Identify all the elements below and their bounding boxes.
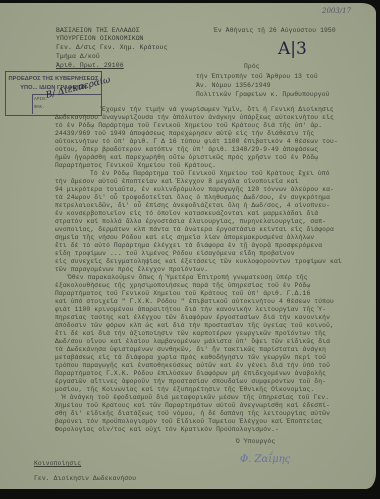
body-line: βαρύνει τόν προϋπολογισμόν τοῦ Εἰδικοῦ Τ… [55, 418, 322, 425]
body-line: πηρεσίας ταύτης καί ἐλέγχου τῶν διαφόρων… [55, 314, 330, 321]
archive-number: 2003/17 [322, 7, 351, 15]
body-line: Φορολογίας οἰν/τος καί οὐχί τόν Κρατικόν… [55, 426, 279, 433]
body-line: τά Δωδεκάνησα ὑφισταμένων συνθηκῶν, δι' … [55, 346, 326, 353]
body-line: Παραρτήματος Γενικοῦ Χημείου τοῦ Κράτους… [55, 162, 216, 169]
body-line: ούτου, ὅπερ βραδύτερον κατόπιν τῆς ὑπ' ἀ… [55, 146, 318, 153]
date-line: Ἐν Ἀθήναις τῇ 26 Αὐγούστου 1950 [214, 27, 336, 34]
header-kingdom: ΒΑΣΙΛΕΙΟΝ ΤΗΣ ΕΛΛΑΔΟΣ [56, 27, 140, 34]
recipient-line: Πολιτικῶν Γραφείων κ. Πρωθυπουργοῦ [196, 91, 330, 98]
signature-title: Ὁ Ὑπουργός [236, 438, 275, 445]
body-line: φιάτ 1100 κρινομένου ἀπαραιτήτου διά τήν… [55, 306, 326, 313]
body-line: τήν ἄμεσον αὐτοῦ ἐποπτείαν καί Ἔλεγχον 8… [55, 178, 299, 185]
copy-to-label: Κοινοποίησις [34, 460, 81, 467]
body-line: ωνοποιίας, δερμάτων κλπ πάντα τά ἀνώτερα… [55, 226, 334, 233]
body-line: σθη δι' εἰδικῆς διατάξεως τοῦ νόμου, ἡ δ… [55, 410, 330, 417]
body-line: ἐν κονσερβοποιεῖον εἰς τό ὁποῖον κατασκε… [55, 210, 318, 217]
body-line: εἰς συνεχεῖς δειγματοληψίας καί ἐξετάσει… [55, 258, 342, 265]
body-line: Ἡ ἀνάγκη τοῦ ἐφοδιασμοῦ διά μεταφορικῶν … [62, 394, 329, 401]
body-line: μοσίου, τῆς Κοινωνίας καί τήν ἐξυπηρέτησ… [55, 386, 314, 393]
body-line: στρατόν καί πολλά ἄλλα ἐργοστάσια ἐλαιου… [55, 218, 326, 225]
body-line: καί ὑπό στοιχεῖα " Γ.Χ.Κ. Ρόδου " ἐπιβατ… [55, 298, 334, 305]
header-ministry: ΥΠΟΥΡΓΕΙΟΝ ΟΙΚΟΝΟΜΙΚΩΝ [56, 35, 144, 42]
document-page: 2003/17 ΒΑΣΙΛΕΙΟΝ ΤΗΣ ΕΛΛΑΔΟΣ ΥΠΟΥΡΓΕΙΟΝ… [0, 3, 376, 489]
body-line: τό ἐν Ρόδῳ Παράρτημα τοῦ Γενικοῦ Χημείου… [55, 122, 322, 129]
copy-to-recipient: Γεν. Διοίκησιν Δωδεκανήσου [34, 475, 136, 482]
header-directorate: Γεν. Δ/σις Γεν. Χημ. Κράτους [56, 44, 168, 51]
body-line: Τό ἐν Ρόδῳ Παράρτημα τοῦ Γενικοῦ Χημείου… [90, 170, 330, 177]
recipient-line: Ἀν. Νόμου 1356/1949 [196, 82, 271, 89]
body-line: αὐτοκινήτων τό ὑπ' ἀριθ. Γ Δ 16 τύπου φι… [55, 138, 338, 145]
body-line: τά 24ωρον δι' οὗ τροφοδοτεῖται ὅλος ὁ πλ… [55, 194, 330, 201]
body-line: Παραρτήματος Γ.Χ.Κ. Ρόδου ἐπιλύσεων διαφ… [55, 370, 326, 377]
body-line: Ὅθεν παρακαλοῦμεν ὅπως ἡ Ὑμετέρα Ἐπιτροπ… [68, 274, 308, 281]
header-protocol-number: Ἀριθ. Πρωτ. 29106 [56, 62, 124, 69]
body-line: εἴδη τροφίμων ... τοῦ λιμένος Ρόδου εἰσα… [55, 250, 295, 257]
body-line: 94 μικρότερα τοιαῦτα, ἐν κυλινδρόμυλον π… [55, 186, 334, 193]
body-line: πετρελαιοειδῶν, δι' οὗ ἐπίσης ἀνεφοδιάζε… [55, 202, 330, 209]
body-line: Χημείου τοῦ Κράτους καί τῶν Παραρτημάτων… [55, 402, 330, 409]
body-line: μεταβάσεως εἰς τά διάφορα χωρία πρός καθ… [55, 354, 326, 361]
stamp-field-folder: ΦΑΚ. [34, 105, 45, 110]
body-line: ἔτι δέ τό αὐτό Παράρτημα ἐλέγχει τά διάφ… [55, 242, 322, 249]
body-line: ἀπόδοσιν τῶν φόρων κλπ ὡς καί διά τήν πρ… [55, 322, 334, 329]
body-line: 24439/969 τοῦ 1949 ἀποφάσεως παρεχώρησεν… [55, 130, 314, 137]
body-line: Παραρτήματος τοῦ Γενικοῦ Χημείου τοῦ Κρά… [55, 290, 310, 297]
body-line: τῶν παραγομένων πρός ἔλεγχον προϊόντων. [55, 266, 208, 273]
handwritten-signature: Φ. Ζαΐμης [240, 454, 290, 465]
handwritten-reference: Α|3 [278, 39, 307, 59]
body-line: τρόπου παραγωγῆς καί ἐναποθηκεύσεως αὐτῶ… [55, 362, 330, 369]
body-line: ἐξακολουθήσεως τῆς χρησιμοποιήσεως παρά … [55, 282, 310, 289]
body-line: ἔτι δέ καί διά τήν ἀξιοποίησιν τῶν καρπο… [55, 330, 326, 337]
header-section: Τμήμα Δ/κοῦ [56, 53, 100, 60]
body-line: Δωδ/σου οἴνου καί ἐλαίου λαμβανομένων μά… [55, 338, 330, 345]
body-line: Ἔχομεν τήν τιμήν νά γνωρίσωμεν Ὑμῖν, ὅτι… [102, 106, 334, 113]
body-line: ἐργασιῶν αἵτινες ἀφοροῦν τήν προστασίαν … [55, 378, 326, 385]
body-line: ἡμῶν ἠγοράσθη καί παρεχωρήθη οὕτω ὁριστι… [55, 154, 318, 161]
body-line: Δωδεκανήσου ἀναγνωρίζουσα τήν ἀπόλυτον ἀ… [55, 114, 334, 121]
recipient-line: τήν Ἐπιτροπήν τοῦ Ἄρθρου 13 τοῦ [196, 73, 318, 80]
recipient-label: Πρός [244, 63, 260, 70]
body-line: σημεῖα τῆς νήσου Ρόδου καί εἰς σημεῖα λί… [55, 234, 314, 241]
